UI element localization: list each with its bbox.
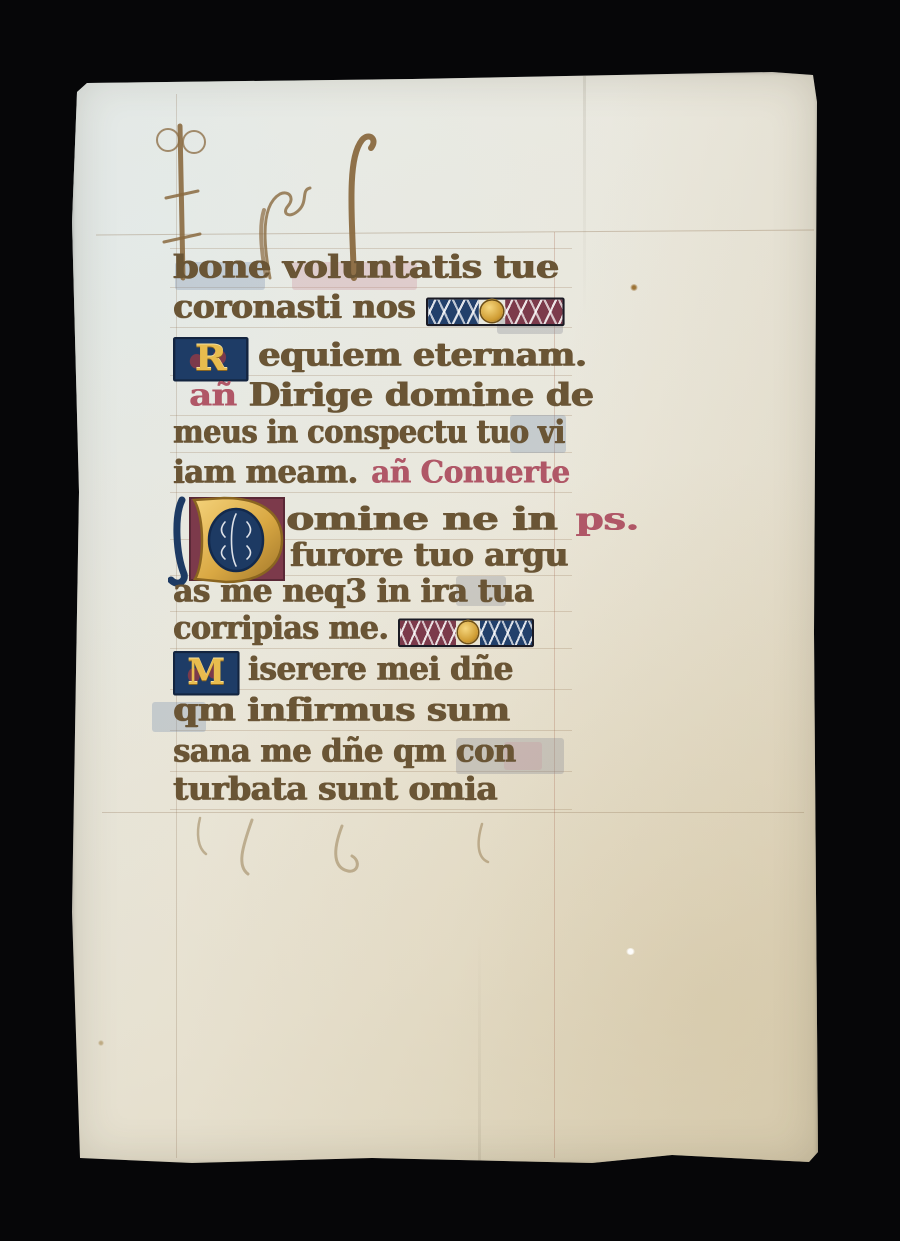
filler-chevron-bar (480, 620, 532, 644)
script-text: bone voluntatis tue (173, 249, 558, 286)
filler-chevron-bar (400, 620, 456, 644)
script-text: furore tuo argu (290, 537, 568, 574)
filler-chevron-bar (505, 299, 562, 323)
text-line: Miserere mei dñe (173, 651, 513, 696)
script-text: omine ne in (286, 501, 557, 538)
script-text: sana me dñe qm con (173, 733, 516, 770)
line-filler (398, 618, 534, 647)
script-text: coronasti nos (173, 289, 415, 326)
line-filler (426, 297, 565, 326)
text-line: corripias me. (173, 610, 534, 655)
text-line: turbata sunt omia (173, 771, 497, 816)
filler-gold-boss (458, 622, 478, 643)
filler-gold-boss (481, 301, 503, 322)
rubric-text: añ Conuerte (371, 454, 570, 490)
script-text: turbata sunt omia (173, 771, 497, 808)
filler-chevron-bar (428, 299, 479, 323)
script-text: corripias me. (173, 610, 388, 647)
script-text: iam meam. (173, 454, 358, 491)
manuscript-leaf: bone voluntatis tuecoronasti nosRequiem … (72, 72, 818, 1164)
photo-background: bone voluntatis tuecoronasti nosRequiem … (0, 0, 900, 1241)
illuminated-initial: R (173, 337, 249, 382)
script-text: as me neq3 in ira tua (173, 573, 533, 610)
script-text: equiem eternam. (258, 337, 586, 374)
text-line: Requiem eternam. (173, 337, 586, 382)
rubric-text: ps. (575, 501, 638, 537)
text-line: qm infirmus sum (173, 692, 509, 737)
text-line: meus in conspectu tuo vi (173, 414, 565, 459)
illuminated-initial: M (173, 651, 240, 696)
text-line: iam meam.añ Conuerte (173, 454, 569, 499)
script-text: qm infirmus sum (173, 692, 509, 729)
script-text: meus in conspectu tuo vi (173, 414, 565, 451)
text-block: bone voluntatis tuecoronasti nosRequiem … (72, 72, 818, 1164)
text-line: bone voluntatis tue (173, 249, 558, 294)
text-line: coronasti nos (173, 289, 565, 334)
script-text: Dirige domine de (236, 377, 593, 414)
script-text: iserere mei dñe (248, 651, 513, 688)
rubric-text: añ (189, 377, 236, 413)
